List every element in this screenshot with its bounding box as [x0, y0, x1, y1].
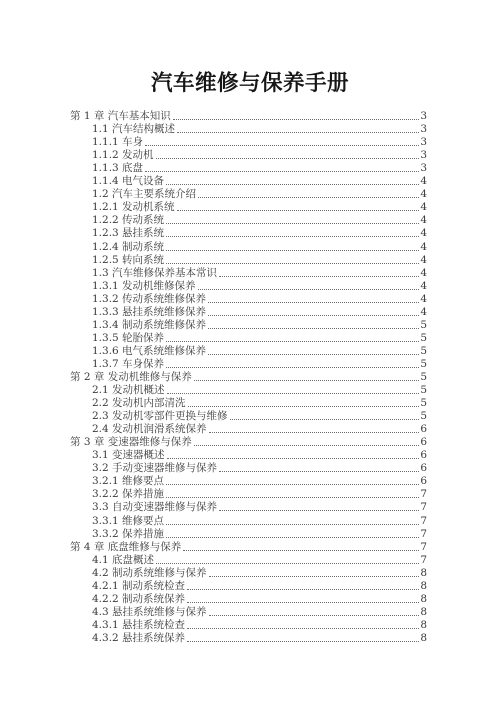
toc-page-number: 4: [420, 227, 427, 240]
toc-dot-leader: [219, 510, 419, 511]
toc-entry: 1.3.6 电气系统维修保养 5: [70, 345, 427, 358]
toc-entry: 2.1 发动机概述 5: [70, 384, 427, 397]
toc-page-number: 7: [420, 554, 427, 567]
toc-entry-label: 1.1.1 车身: [92, 136, 143, 149]
toc-page-number: 4: [420, 293, 427, 306]
toc-dot-leader: [166, 537, 419, 538]
toc-entry-label: 4.3.1 悬挂系统检查: [92, 619, 185, 632]
page-title: 汽车维修与保养手册: [0, 0, 500, 97]
toc-dot-leader: [194, 380, 420, 381]
toc-entry-label: 1.1.2 发动机: [92, 149, 154, 162]
toc-entry: 4.3.2 悬挂系统保养 8: [70, 632, 427, 645]
toc-entry: 1.2.2 传动系统 4: [70, 214, 427, 227]
toc-dot-leader: [173, 119, 420, 120]
toc-entry-label: 4.3.2 悬挂系统保养: [92, 632, 185, 645]
toc-dot-leader: [166, 341, 419, 342]
toc-dot-leader: [187, 628, 419, 629]
toc-page-number: 3: [420, 162, 427, 175]
toc-entry: 1.3.4 制动系统维修保养 5: [70, 319, 427, 332]
toc-dot-leader: [167, 458, 420, 459]
toc-entry-label: 第 3 章 变速器维修与保养: [70, 436, 192, 449]
toc-entry-label: 1.1 汽车结构概述: [92, 123, 175, 136]
toc-entry-label: 1.3.3 悬挂系统维修保养: [92, 306, 206, 319]
toc-entry-label: 1.2.4 制动系统: [92, 241, 164, 254]
toc-entry: 3.3 自动变速器维修与保养 7: [70, 501, 427, 514]
toc-dot-leader: [219, 276, 419, 277]
toc-entry: 4.1 底盘概述 7: [70, 554, 427, 567]
toc-page-number: 5: [420, 345, 427, 358]
toc-entry-label: 1.3.2 传动系统维修保养: [92, 293, 206, 306]
toc-entry: 2.2 发动机内部清洗 5: [70, 397, 427, 410]
toc-page-number: 4: [420, 241, 427, 254]
toc-entry-label: 第 1 章 汽车基本知识: [70, 110, 171, 123]
toc-dot-leader: [177, 210, 420, 211]
toc-dot-leader: [167, 393, 420, 394]
toc-entry-label: 3.2.2 保养措施: [92, 488, 164, 501]
toc-dot-leader: [156, 563, 419, 564]
toc-dot-leader: [208, 302, 419, 303]
toc-dot-leader: [209, 432, 420, 433]
toc-entry: 3.3.2 保养措施 7: [70, 528, 427, 541]
toc-entry: 第 4 章 底盘维修与保养 7: [70, 541, 427, 554]
toc-dot-leader: [209, 576, 420, 577]
toc-entry: 1.1 汽车结构概述 3: [70, 123, 427, 136]
toc-dot-leader: [166, 250, 419, 251]
toc-page-number: 4: [420, 188, 427, 201]
toc-page-number: 6: [420, 449, 427, 462]
toc-entry-label: 1.3.5 轮胎保养: [92, 332, 164, 345]
toc-entry-label: 3.2.1 维修要点: [92, 475, 164, 488]
toc-entry-label: 4.1 底盘概述: [92, 554, 154, 567]
toc-entry: 第 1 章 汽车基本知识 3: [70, 110, 427, 123]
toc-dot-leader: [219, 471, 419, 472]
toc-entry-label: 3.2 手动变速器维修与保养: [92, 462, 217, 475]
toc-dot-leader: [183, 550, 419, 551]
toc-page-number: 6: [420, 423, 427, 436]
toc-page-number: 8: [420, 567, 427, 580]
toc-entry-label: 2.2 发动机内部清洗: [92, 397, 186, 410]
toc-entry: 第 2 章 发动机维修与保养 5: [70, 371, 427, 384]
toc-page-number: 7: [420, 541, 427, 554]
toc-dot-leader: [166, 367, 419, 368]
toc-page-number: 4: [420, 306, 427, 319]
toc-list: 第 1 章 汽车基本知识 3 1.1 汽车结构概述 3 1.1.1 车身 3 1…: [0, 110, 500, 645]
toc-page-number: 6: [420, 436, 427, 449]
toc-dot-leader: [198, 289, 420, 290]
toc-entry-label: 1.2 汽车主要系统介绍: [92, 188, 196, 201]
toc-dot-leader: [156, 158, 420, 159]
toc-page-number: 5: [420, 332, 427, 345]
toc-page-number: 7: [420, 515, 427, 528]
toc-entry: 1.3.1 发动机维修保养 4: [70, 280, 427, 293]
toc-entry: 2.4 发动机润滑系统保养 6: [70, 423, 427, 436]
toc-entry-label: 1.3 汽车维修保养基本常识: [92, 267, 217, 280]
toc-page-number: 5: [420, 319, 427, 332]
toc-entry-label: 1.2.3 悬挂系统: [92, 227, 164, 240]
toc-dot-leader: [166, 524, 419, 525]
toc-dot-leader: [166, 497, 419, 498]
toc-dot-leader: [145, 171, 419, 172]
toc-entry: 1.3.2 传动系统维修保养 4: [70, 293, 427, 306]
toc-page-number: 6: [420, 475, 427, 488]
toc-page-number: 8: [420, 619, 427, 632]
toc-page-number: 3: [420, 149, 427, 162]
toc-entry-label: 4.2 制动系统维修与保养: [92, 567, 207, 580]
toc-entry: 2.3 发动机零部件更换与维修 5: [70, 410, 427, 423]
toc-page-number: 6: [420, 462, 427, 475]
toc-entry: 4.3.1 悬挂系统检查 8: [70, 619, 427, 632]
toc-entry-label: 1.3.1 发动机维修保养: [92, 280, 196, 293]
toc-dot-leader: [230, 419, 420, 420]
toc-dot-leader: [166, 263, 419, 264]
toc-page-number: 3: [420, 123, 427, 136]
toc-entry: 4.2.2 制动系统保养 8: [70, 593, 427, 606]
toc-dot-leader: [187, 641, 419, 642]
toc-entry: 1.2.5 转向系统 4: [70, 254, 427, 267]
toc-entry: 1.3 汽车维修保养基本常识 4: [70, 267, 427, 280]
toc-page-number: 5: [420, 358, 427, 371]
toc-entry: 1.2.4 制动系统 4: [70, 240, 427, 253]
toc-entry: 1.3.7 车身保养 5: [70, 358, 427, 371]
toc-entry-label: 3.3 自动变速器维修与保养: [92, 501, 217, 514]
toc-dot-leader: [145, 145, 419, 146]
document-page: 汽车维修与保养手册 第 1 章 汽车基本知识 3 1.1 汽车结构概述 3 1.…: [0, 0, 500, 707]
toc-entry-label: 3.3.2 保养措施: [92, 528, 164, 541]
toc-entry-label: 1.2.2 传动系统: [92, 214, 164, 227]
toc-page-number: 4: [420, 201, 427, 214]
toc-dot-leader: [187, 589, 419, 590]
toc-entry-label: 4.3 悬挂系统维修与保养: [92, 606, 207, 619]
toc-page-number: 8: [420, 632, 427, 645]
toc-page-number: 5: [420, 397, 427, 410]
toc-page-number: 7: [420, 528, 427, 541]
toc-dot-leader: [166, 484, 419, 485]
toc-page-number: 7: [420, 488, 427, 501]
toc-entry-label: 1.2.1 发动机系统: [92, 201, 175, 214]
toc-entry-label: 2.3 发动机零部件更换与维修: [92, 410, 228, 423]
toc-entry: 1.1.3 底盘 3: [70, 162, 427, 175]
toc-page-number: 3: [420, 110, 427, 123]
toc-page-number: 5: [420, 384, 427, 397]
toc-entry: 3.2.1 维修要点 6: [70, 475, 427, 488]
toc-entry-label: 2.1 发动机概述: [92, 384, 165, 397]
toc-page-number: 5: [420, 371, 427, 384]
toc-dot-leader: [194, 445, 420, 446]
toc-entry-label: 1.2.5 转向系统: [92, 254, 164, 267]
toc-entry: 3.3.1 维修要点 7: [70, 514, 427, 527]
toc-entry: 3.2.2 保养措施 7: [70, 488, 427, 501]
toc-page-number: 4: [420, 280, 427, 293]
toc-page-number: 4: [420, 175, 427, 188]
toc-dot-leader: [198, 197, 419, 198]
toc-entry-label: 第 2 章 发动机维修与保养: [70, 371, 192, 384]
toc-dot-leader: [208, 328, 419, 329]
toc-entry-label: 4.2.2 制动系统保养: [92, 593, 185, 606]
toc-dot-leader: [166, 236, 419, 237]
toc-page-number: 8: [420, 580, 427, 593]
toc-entry: 1.2 汽车主要系统介绍 4: [70, 188, 427, 201]
toc-entry: 1.2.1 发动机系统 4: [70, 201, 427, 214]
toc-entry: 1.1.4 电气设备 4: [70, 175, 427, 188]
toc-entry-label: 1.3.7 车身保养: [92, 358, 164, 371]
toc-entry: 4.2 制动系统维修与保养 8: [70, 567, 427, 580]
toc-entry: 4.3 悬挂系统维修与保养 8: [70, 606, 427, 619]
toc-entry: 3.1 变速器概述 6: [70, 449, 427, 462]
toc-entry: 3.2 手动变速器维修与保养 6: [70, 462, 427, 475]
toc-page-number: 4: [420, 214, 427, 227]
toc-dot-leader: [209, 615, 420, 616]
toc-entry-label: 4.2.1 制动系统检查: [92, 580, 185, 593]
toc-page-number: 4: [420, 254, 427, 267]
toc-dot-leader: [166, 223, 419, 224]
toc-page-number: 3: [420, 136, 427, 149]
toc-entry: 1.3.3 悬挂系统维修保养 4: [70, 306, 427, 319]
toc-entry: 1.1.2 发动机 3: [70, 149, 427, 162]
toc-dot-leader: [188, 406, 420, 407]
toc-entry-label: 1.1.4 电气设备: [92, 175, 164, 188]
toc-dot-leader: [187, 602, 419, 603]
toc-dot-leader: [208, 315, 419, 316]
toc-entry-label: 第 4 章 底盘维修与保养: [70, 541, 181, 554]
toc-entry: 4.2.1 制动系统检查 8: [70, 580, 427, 593]
toc-entry-label: 1.3.6 电气系统维修保养: [92, 345, 206, 358]
toc-entry-label: 3.3.1 维修要点: [92, 515, 164, 528]
toc-entry-label: 2.4 发动机润滑系统保养: [92, 423, 207, 436]
toc-entry-label: 3.1 变速器概述: [92, 449, 165, 462]
toc-page-number: 5: [420, 410, 427, 423]
toc-entry-label: 1.3.4 制动系统维修保养: [92, 319, 206, 332]
toc-dot-leader: [208, 354, 419, 355]
toc-entry: 1.1.1 车身 3: [70, 136, 427, 149]
toc-entry-label: 1.1.3 底盘: [92, 162, 143, 175]
toc-page-number: 8: [420, 606, 427, 619]
toc-entry: 1.3.5 轮胎保养 5: [70, 332, 427, 345]
toc-page-number: 8: [420, 593, 427, 606]
toc-dot-leader: [166, 184, 419, 185]
toc-dot-leader: [177, 132, 419, 133]
toc-entry: 第 3 章 变速器维修与保养 6: [70, 436, 427, 449]
toc-entry: 1.2.3 悬挂系统 4: [70, 227, 427, 240]
toc-page-number: 7: [420, 501, 427, 514]
toc-page-number: 4: [420, 267, 427, 280]
